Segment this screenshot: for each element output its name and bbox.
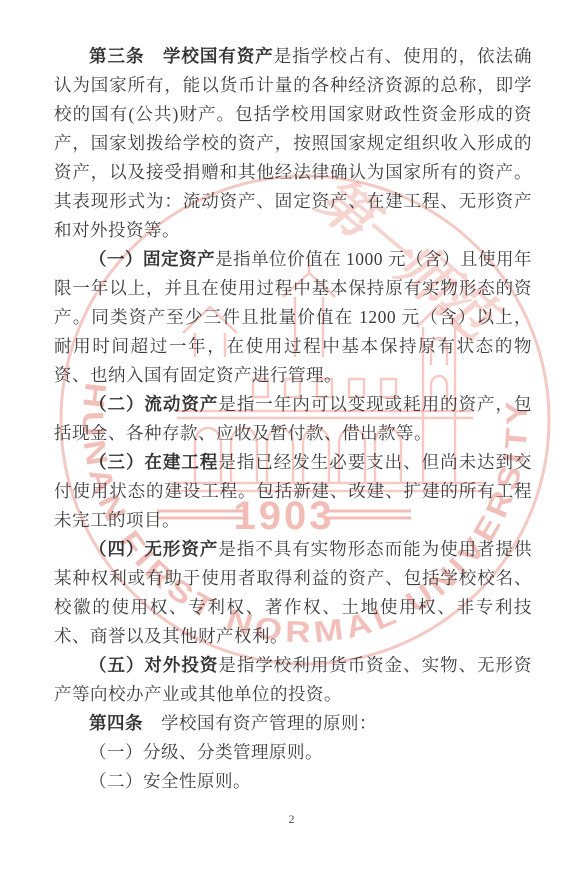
paragraph-principle-1: （一）分级、分类管理原则。 (54, 738, 532, 767)
paragraph-text: 是指单位价值在 1000 元（含）且使用年限一年以上，并且在使用过程中基本保持原… (54, 249, 532, 385)
paragraph-text: 学校国有资产管理的原则： (143, 713, 377, 733)
paragraph-item-2-current-assets: （二）流动资产是指一年内可以变现或耗用的资产，包括现金、各种存款、应收及暂付款、… (54, 390, 532, 448)
term-lead: （二）流动资产 (89, 394, 218, 414)
term-lead: （四）无形资产 (89, 539, 218, 559)
paragraph-item-5-investment: （五）对外投资是指学校利用货币资金、实物、无形资产等向校办产业或其他单位的投资。 (54, 651, 532, 709)
paragraph-article-4: 第四条 学校国有资产管理的原则： (54, 709, 532, 738)
paragraph-item-1-fixed-assets: （一）固定资产是指单位价值在 1000 元（含）且使用年限一年以上，并且在使用过… (54, 245, 532, 390)
paragraph-principle-2: （二）安全性原则。 (54, 767, 532, 796)
paragraph-text: （一）分级、分类管理原则。 (89, 742, 323, 762)
term-lead: 第三条 学校国有资产 (89, 46, 274, 66)
paragraph-item-3-construction: （三）在建工程是指已经发生必要支出、但尚未达到交付使用状态的建设工程。包括新建、… (54, 448, 532, 535)
term-lead: 第四条 (89, 713, 143, 733)
page-number: 2 (0, 812, 583, 827)
term-lead: （一）固定资产 (89, 249, 215, 269)
paragraph-text: 是指学校占有、使用的，依法确认为国家所有，能以货币计量的各种经济资源的总称，即学… (54, 46, 532, 240)
body-text: 第三条 学校国有资产是指学校占有、使用的，依法确认为国家所有，能以货币计量的各种… (54, 42, 532, 796)
document-page: HUNAN FIRST NORMAL UNIVERSITY 第一师范 (0, 0, 583, 882)
term-lead: （三）在建工程 (89, 452, 218, 472)
paragraph-item-4-intangible-assets: （四）无形资产是指不具有实物形态而能为使用者提供某种权利或有助于使用者取得利益的… (54, 535, 532, 651)
paragraph-article-3: 第三条 学校国有资产是指学校占有、使用的，依法确认为国家所有，能以货币计量的各种… (54, 42, 532, 245)
term-lead: （五）对外投资 (89, 655, 218, 675)
paragraph-text: （二）安全性原则。 (89, 771, 251, 791)
